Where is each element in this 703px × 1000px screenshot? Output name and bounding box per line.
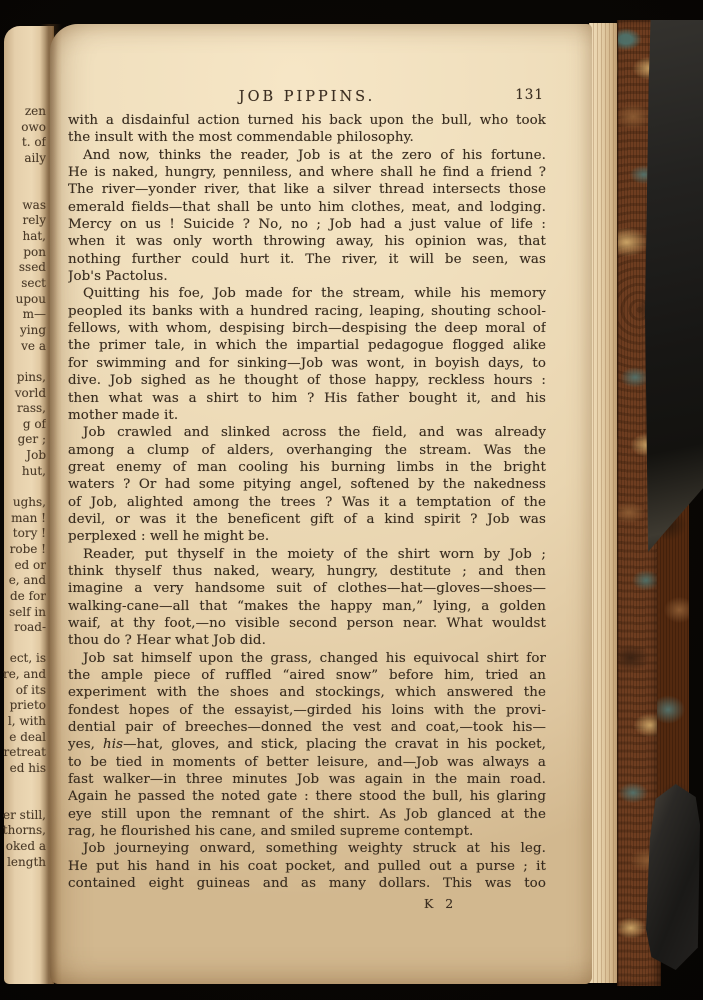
text-line: And now, thinks the reader, Job is at th… [68,147,546,164]
facing-page-text-fragment: er still, [3,808,46,824]
facing-page-text-fragment [3,354,46,370]
text-line: nothing further could hurt it. The river… [68,251,546,268]
facing-page-text-fragment: upou [3,292,46,308]
text-line: contained eight guineas and as many doll… [68,875,546,892]
text-line: waters ? Or had some pitying angel, soft… [68,476,546,493]
text-line: of Job, alighted among the trees ? Was i… [68,494,546,511]
facing-page-text-fragment: thorns, [3,823,46,839]
facing-page-text-fragment: re, and [3,667,46,683]
text-line: the ample piece of ruffled “aired snow” … [68,667,546,684]
facing-page-text-fragment: t. of [3,135,46,151]
text-line: Job crawled and slinked across the field… [68,424,546,441]
text-line: experiment with the shoes and stockings,… [68,684,546,701]
text-line: The river—yonder river, that like a silv… [68,181,546,198]
facing-page-text-fragment: owo [3,120,46,136]
facing-page-text-fragment [3,792,46,808]
text-line: dive. Job sighed as he thought of those … [68,372,546,389]
facing-page-text-fragment: g of [3,417,46,433]
text-line: peopled its banks with a hundred racing,… [68,303,546,320]
signature-mark: K 2 [424,896,457,911]
facing-page-text-fragment: hat, [3,229,46,245]
facing-page-text-fragment: man ! [3,511,46,527]
facing-page-text-fragment: ying [3,323,46,339]
text-line: yes, his—hat, gloves, and stick, placing… [68,736,546,753]
facing-page-text-fragment: ve a [3,339,46,355]
page-title: JOB PIPPINS. [239,89,375,105]
facing-page-text-fragment: tory ! [3,526,46,542]
text-line: the primer tale, in which the impartial … [68,337,546,354]
facing-page-text-fragment: hut, [3,464,46,480]
text-line: imagine a very handsome suit of clothes—… [68,580,546,597]
text-line: eye still upon the remnant of the shirt.… [68,806,546,823]
facing-page-text-fragment: robe ! [3,542,46,558]
text-line: when it was only worth throwing away, hi… [68,233,546,250]
facing-page-text-fragment: Job [3,448,46,464]
facing-page-text-fragment: l, with [3,714,46,730]
text-line: to be tied in moments of better leisure,… [68,754,546,771]
text-line: Quitting his foe, Job made for the strea… [68,285,546,302]
facing-page-text-fragment: ssed [3,260,46,276]
text-line: Reader, put thyself in the moiety of the… [68,546,546,563]
text-line: dential pair of breeches—donned the vest… [68,719,546,736]
facing-page-fragments: zenowot. ofaily wasrelyhat,ponssedsectup… [3,104,46,870]
facing-page-text-fragment: e deal [3,730,46,746]
text-line: Job sat himself upon the grass, changed … [68,650,546,667]
cover-board-bottom [646,784,700,970]
text-line: walking-cane—all that “makes the happy m… [68,598,546,615]
facing-page-text-fragment: sect [3,276,46,292]
running-header: JOB PIPPINS. 131 [68,86,546,105]
text-line: perplexed : well he might be. [68,528,546,545]
facing-page-text-fragment: prieto [3,698,46,714]
text-line: rag, he flourished his cane, and smiled … [68,823,546,840]
text-block: JOB PIPPINS. 131 with a disdainful actio… [68,24,546,984]
text-line: He is naked, hungry, penniless, and wher… [68,164,546,181]
facing-page-text-fragment [3,636,46,652]
text-line: for swimming and for sinking—Job was won… [68,355,546,372]
facing-page-text-fragment: oked a [3,839,46,855]
facing-page-text-fragment [3,479,46,495]
text-line: Mercy on us ! Suicide ? No, no ; Job had… [68,216,546,233]
facing-page-text-fragment: rely [3,213,46,229]
photo-background: zenowot. ofaily wasrelyhat,ponssedsectup… [0,0,703,1000]
facing-page-text-fragment: m— [3,307,46,323]
text-line: waif, at thy foot,—no visible second per… [68,615,546,632]
facing-page-text-fragment: e, and [3,573,46,589]
text-line: among a clump of alders, overhanging the… [68,442,546,459]
text-line: mother made it. [68,407,546,424]
cover-board-top [642,20,703,552]
text-line: Job's Pactolus. [68,268,546,285]
facing-page-text-fragment: aily [3,151,46,167]
text-line: Job journeying onward, something weighty… [68,840,546,857]
text-line: then what was a shirt to him ? His fathe… [68,390,546,407]
facing-page-text-fragment [3,167,46,183]
facing-page-text-fragment: ughs, [3,495,46,511]
text-line: great enemy of man cooling his burning l… [68,459,546,476]
text-line: fellows, with whom, despising birch—desp… [68,320,546,337]
facing-page-text-fragment: road- [3,620,46,636]
facing-page-text-fragment [3,182,46,198]
text-line: He put his hand in his coat pocket, and … [68,858,546,875]
facing-page-text-fragment: of its [3,683,46,699]
facing-page-text-fragment: de for [3,589,46,605]
facing-page-text-fragment: length [3,855,46,871]
book-page: JOB PIPPINS. 131 with a disdainful actio… [50,24,592,984]
facing-page-sliver: zenowot. ofaily wasrelyhat,ponssedsectup… [4,26,54,984]
page-number: 131 [515,87,544,103]
facing-page-text-fragment: ed or [3,558,46,574]
text-line: think thyself thus naked, weary, hungry,… [68,563,546,580]
facing-page-text-fragment: self in [3,605,46,621]
facing-page-text-fragment: pins, [3,370,46,386]
facing-page-text-fragment: rass, [3,401,46,417]
facing-page-text-fragment: ect, is [3,651,46,667]
text-line: thou do ? Hear what Job did. [68,632,546,649]
facing-page-text-fragment: ger ; [3,432,46,448]
text-block-lines: with a disdainful action turned his back… [68,112,546,892]
text-line: with a disdainful action turned his back… [68,112,546,129]
facing-page-text-fragment: ed his [3,761,46,777]
facing-page-text-fragment [3,777,46,793]
facing-page-text-fragment: pon [3,245,46,261]
text-line: the insult with the most commendable phi… [68,129,546,146]
facing-page-text-fragment: zen [3,104,46,120]
facing-page-text-fragment: vorld [3,386,46,402]
text-line: devil, or was it the beneficent gift of … [68,511,546,528]
page-edges [589,23,619,983]
text-line: emerald fields—that shall be unto him cl… [68,199,546,216]
text-line: fast walker—in three minutes Job was aga… [68,771,546,788]
text-line: Again he passed the noted gate : there s… [68,788,546,805]
text-line: fondest hopes of the essayist,—girded hi… [68,702,546,719]
facing-page-text-fragment: was [3,198,46,214]
facing-page-text-fragment: retreat [3,745,46,761]
